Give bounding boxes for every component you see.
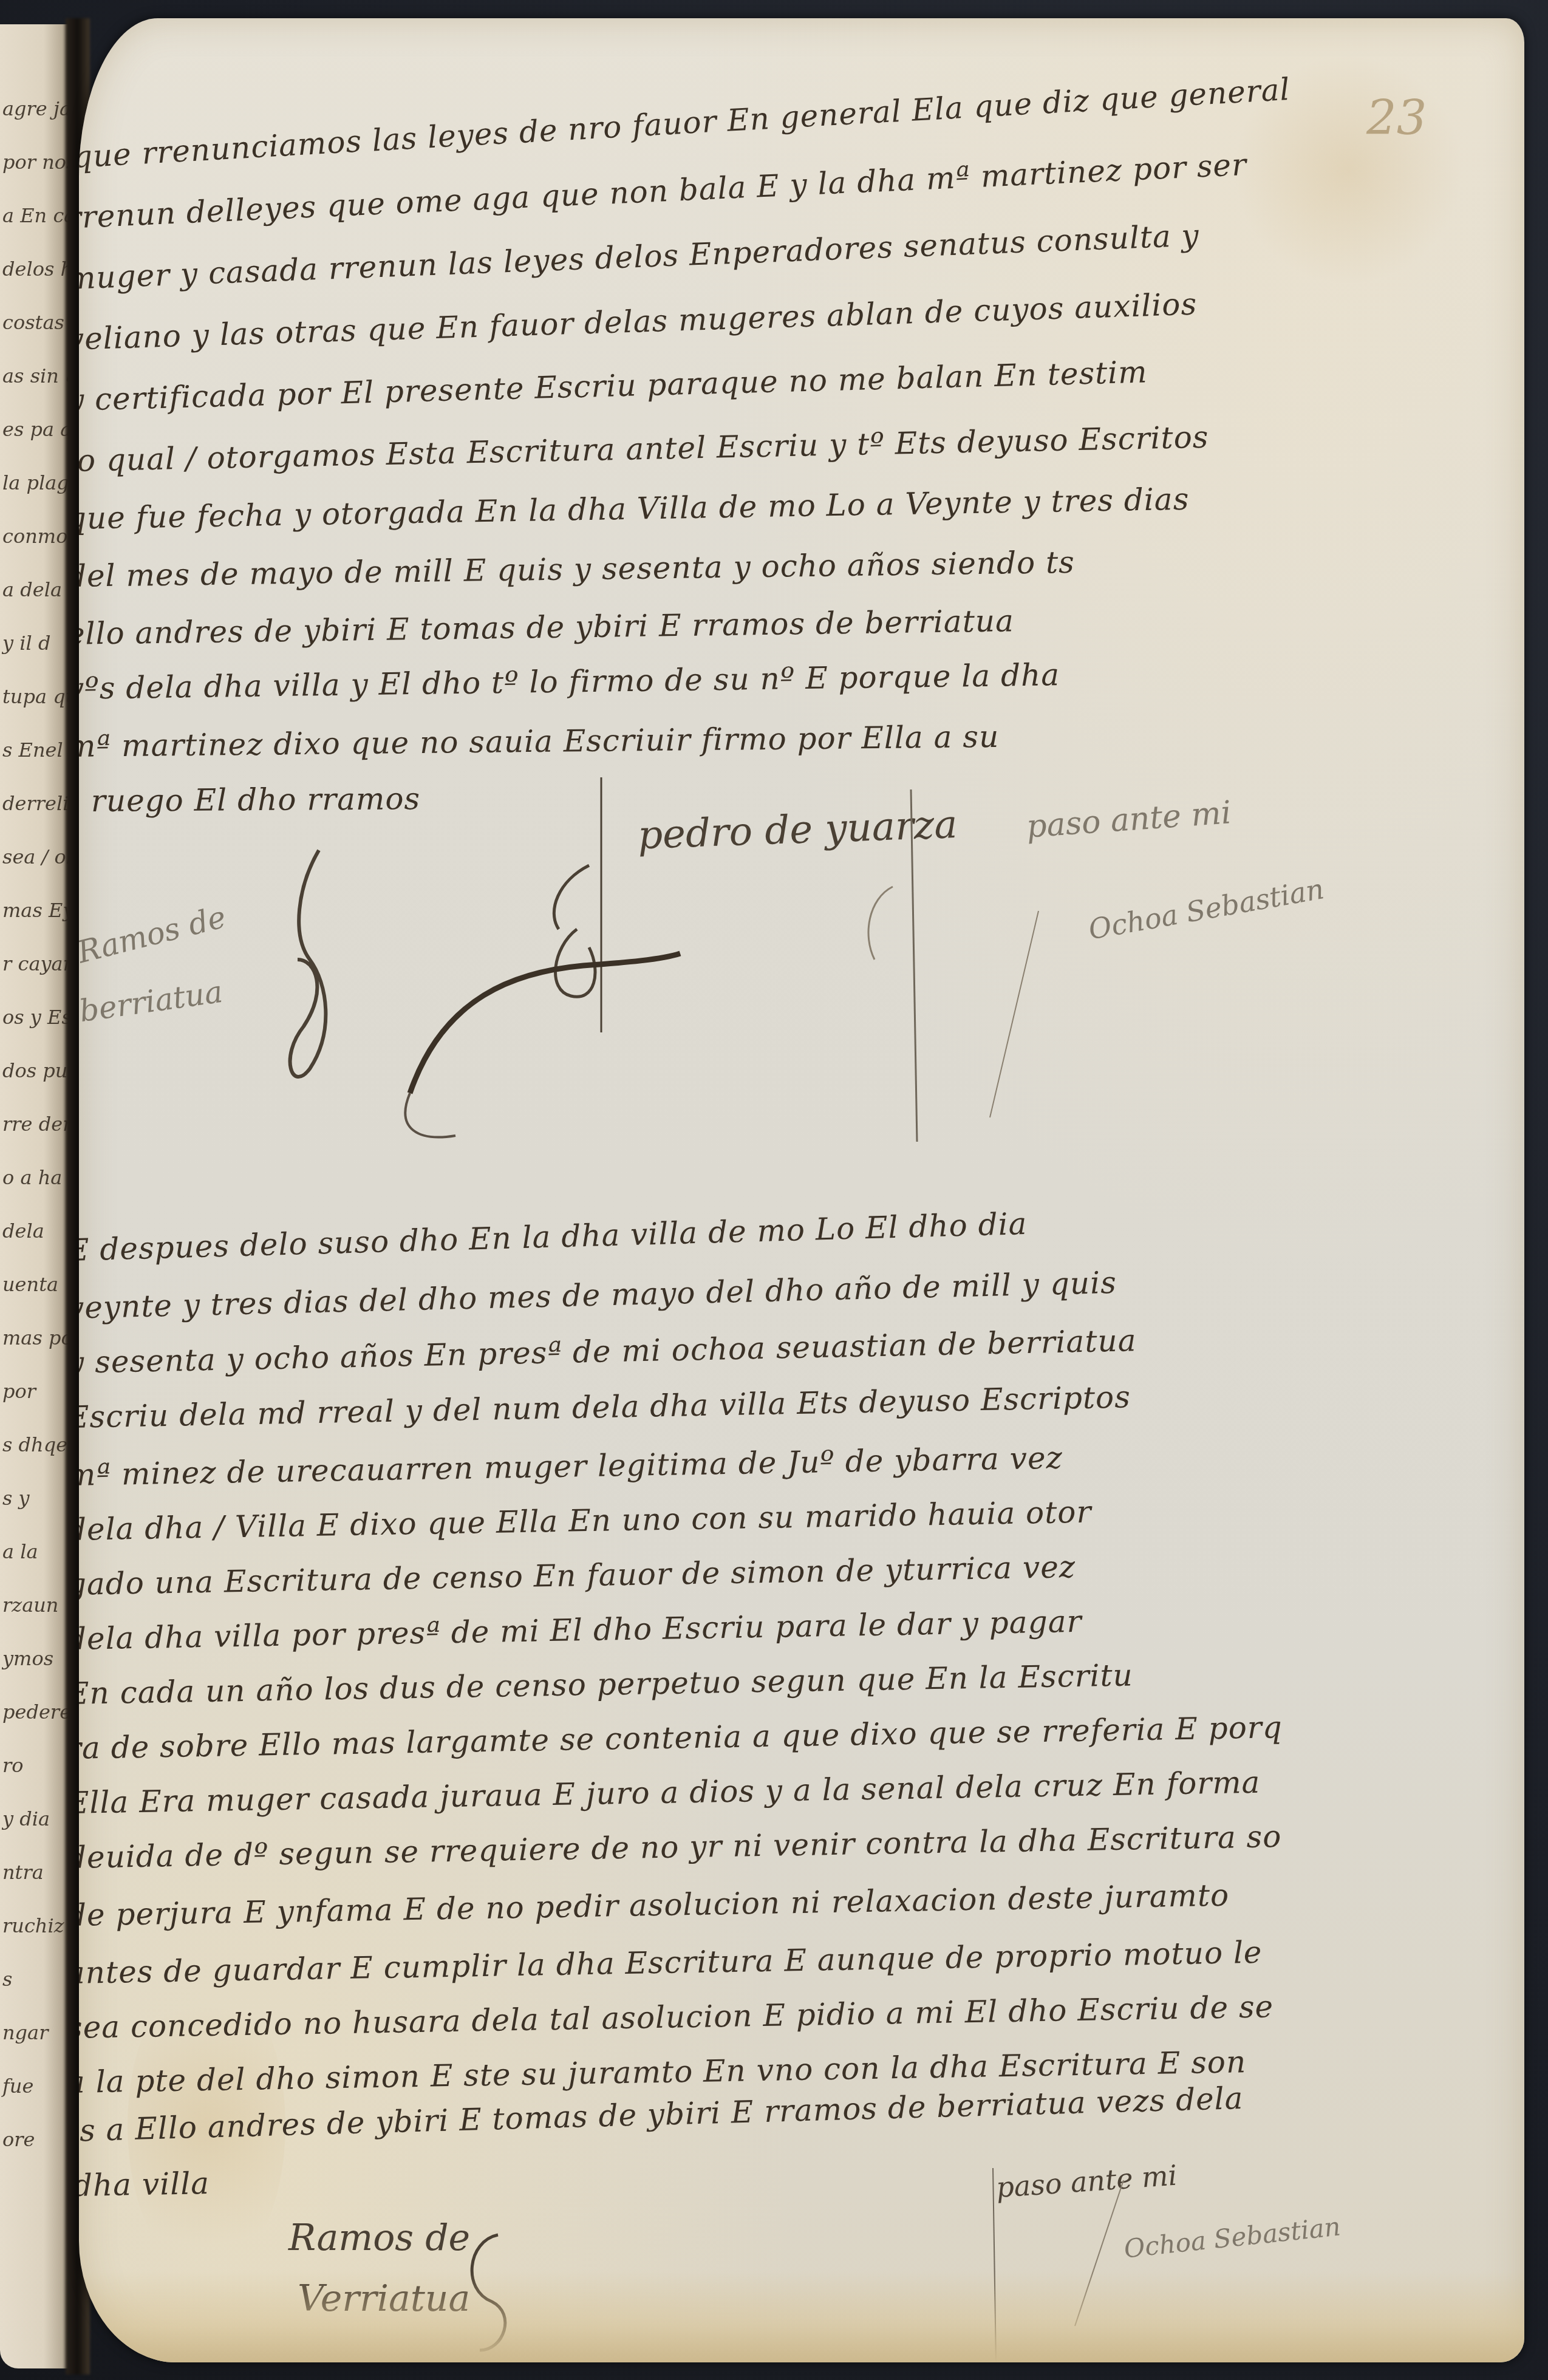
text-line: vºs dela dha villa y El dho tº lo firmo … — [79, 657, 1060, 706]
left-page-fragment: delos hered — [2, 257, 73, 281]
text-line: mª martinez dixo que no sauia Escriuir f… — [79, 719, 999, 764]
left-page-fragment: s dhqe — [2, 1433, 67, 1456]
text-line: ello andres de ybiri E tomas de ybiri E … — [79, 603, 1014, 652]
left-page-fragment: la plaga — [2, 471, 73, 494]
worn-bottom-edge — [79, 2271, 1524, 2362]
left-page-fragment: mas Eya — [2, 899, 73, 922]
text-line: Ella Era muger casada juraua E juro a di… — [79, 1765, 1261, 1821]
text-line: veynte y tres dias del dho mes de mayo d… — [79, 1265, 1117, 1326]
text-line: En cada un año los dus de censo perpetuo… — [79, 1657, 1133, 1711]
left-facing-page: agre jamapor nosya En cadadelos heredcos… — [0, 24, 73, 2368]
left-page-fragment: a la — [2, 1540, 38, 1563]
text-line: de perjura E ynfama E de no pedir asoluc… — [79, 1878, 1230, 1933]
text-line: que fue fecha y otorgada En la dha Villa… — [79, 482, 1190, 536]
left-page-fragment: tupa qu — [2, 685, 73, 708]
text-line: antes de guardar E cumplir la dha Escrit… — [79, 1935, 1263, 1991]
left-page-fragment: as sin qu — [2, 364, 73, 387]
left-page-fragment: os y Es — [2, 1006, 72, 1029]
left-page-fragment: derreli — [2, 792, 69, 815]
left-page-fragment: agre jama — [2, 97, 73, 120]
left-page-fragment: dela — [2, 1219, 44, 1243]
left-page-fragment: ro — [2, 1754, 24, 1777]
text-line: del mes de mayo de mill E quis y sesenta… — [79, 545, 1075, 594]
text-line: lo qual / otorgamos Esta Escritura antel… — [79, 420, 1209, 479]
left-page-fragment: rre dem — [2, 1113, 73, 1136]
left-page-fragment: s Enel — [2, 738, 63, 762]
left-page-fragment: sea / ob — [2, 845, 73, 868]
left-page-fragment: s — [2, 1968, 12, 1991]
text-line: y certificada por El presente Escriu par… — [79, 354, 1148, 418]
text-line: Escriu dela md rreal y del num dela dha … — [79, 1379, 1131, 1435]
left-page-fragment: mas por — [2, 1326, 73, 1349]
left-page-fragment: r cayam — [2, 952, 73, 975]
left-page-fragment: pedere — [2, 1700, 71, 1724]
left-page-fragment: rzaun — [2, 1594, 58, 1617]
rubric-flourish-icon — [79, 777, 1524, 1142]
left-page-fragment: es pa arost — [2, 418, 73, 441]
text-line: dela dha / Villa E dixo que Ella En uno … — [79, 1495, 1092, 1547]
folio-number: 23 — [1366, 91, 1427, 146]
left-page-fragment: a En cada — [2, 204, 73, 227]
text-line: veliano y las otras que En fauor delas m… — [79, 287, 1198, 357]
text-line: E despues delo suso dho En la dha villa … — [79, 1206, 1028, 1268]
text-line: mª minez de urecauarren muger legitima d… — [79, 1440, 1063, 1493]
left-page-fragment: ngar — [2, 2021, 48, 2044]
text-line: dela dha villa por presª de mi El dho Es… — [79, 1604, 1082, 1657]
text-line: gado una Escritura de censo En fauor de … — [79, 1549, 1076, 1602]
left-page-fragment: dos pue — [2, 1059, 73, 1082]
text-line: muger y casada rrenun las leyes delos En… — [79, 217, 1200, 296]
left-page-fragment: uenta — [2, 1273, 58, 1296]
manuscript-page: 23 que rrenunciamos las leyes de nro fau… — [79, 18, 1524, 2362]
left-page-fragment: ymos — [2, 1647, 53, 1670]
left-page-fragment: s y — [2, 1487, 30, 1510]
left-page-fragment: conmorad — [2, 525, 73, 548]
text-line: sea concedido no husara dela tal asoluci… — [79, 1989, 1274, 2045]
left-page-fragment: a dela — [2, 578, 62, 601]
text-line: y sesenta y ocho años En presª de mi och… — [79, 1323, 1137, 1380]
left-page-fragment: por nosy — [2, 151, 73, 174]
left-page-fragment: ruchiz — [2, 1914, 64, 1937]
left-page-fragment: y il d — [2, 632, 50, 655]
left-page-fragment: y dia — [2, 1807, 50, 1830]
text-line: ra de sobre Ello mas largamte se conteni… — [79, 1710, 1283, 1766]
left-page-fragment: fue — [2, 2075, 33, 2098]
left-page-fragment: ore — [2, 2128, 35, 2151]
left-page-fragment: o a ha — [2, 1166, 62, 1189]
left-page-fragment: costas — [2, 311, 64, 334]
text-line: deuida de dº segun se rrequiere de no yr… — [79, 1819, 1282, 1875]
left-page-fragment: ntra — [2, 1861, 44, 1884]
left-page-fragment: por — [2, 1380, 36, 1403]
